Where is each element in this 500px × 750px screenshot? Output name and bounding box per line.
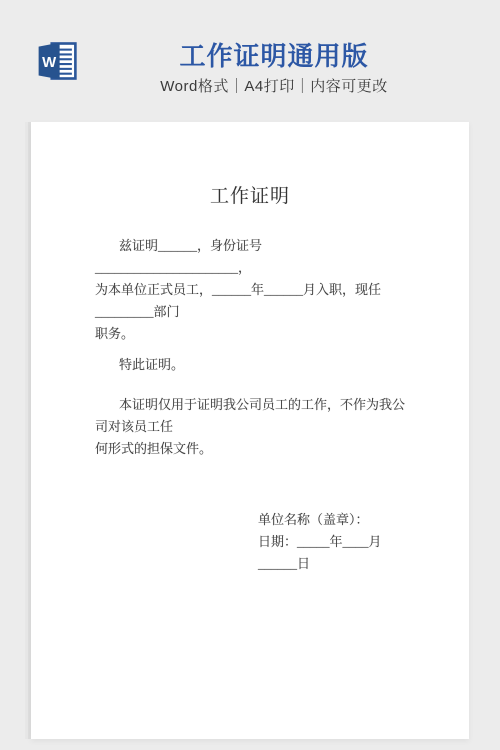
page-subtitle: Word格式｜A4打印｜内容可更改	[78, 76, 470, 98]
header: W 工作证明通用版 Word格式｜A4打印｜内容可更改	[0, 0, 500, 122]
document-body: 兹证明______，身份证号______________________， 为本…	[95, 235, 407, 575]
page-title: 工作证明通用版	[78, 40, 470, 72]
doc-line: 职务。	[95, 323, 407, 345]
doc-line: 兹证明______，身份证号______________________，	[95, 235, 407, 279]
signature-company-line: 单位名称（盖章）：	[258, 509, 407, 531]
doc-line: 何形式的担保文件。	[95, 438, 407, 460]
header-text-block: 工作证明通用版 Word格式｜A4打印｜内容可更改	[78, 40, 470, 98]
word-icon: W	[36, 38, 78, 84]
doc-line: 为本单位正式员工，______年______月入职，现任_________部门	[95, 279, 407, 323]
page: { "header": { "title": "工作证明通用版", "subti…	[0, 0, 500, 750]
signature-date-line: 日期：_____年____月______日	[258, 531, 407, 575]
signature-block: 单位名称（盖章）： 日期：_____年____月______日	[95, 509, 407, 575]
word-icon-letter: W	[42, 55, 57, 71]
document-title: 工作证明	[31, 184, 469, 210]
doc-line: 特此证明。	[95, 354, 407, 376]
doc-line: 本证明仅用于证明我公司员工的工作，不作为我公司对该员工任	[95, 394, 407, 438]
document-preview: 工作证明 兹证明______，身份证号_____________________…	[31, 122, 469, 739]
